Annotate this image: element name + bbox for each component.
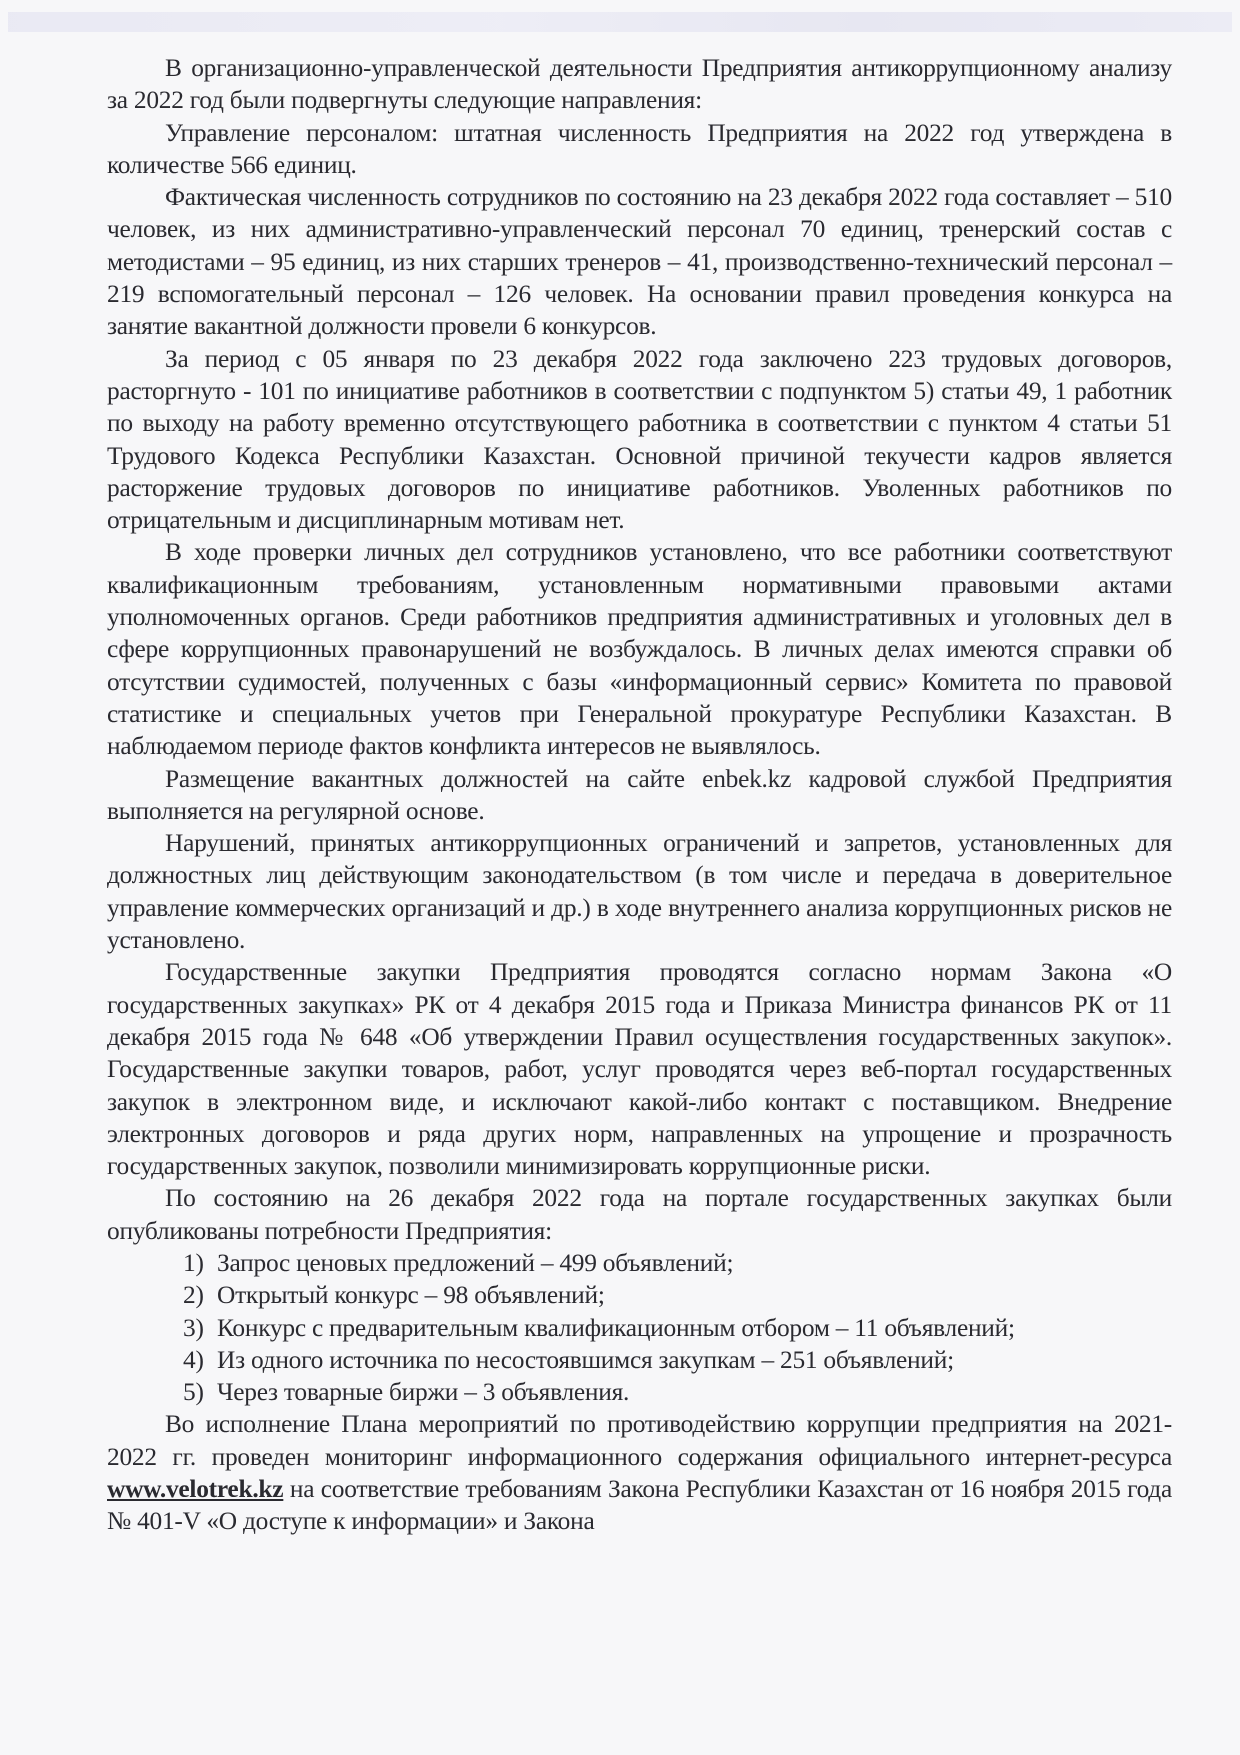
list-item-number: 4) [183, 1344, 217, 1376]
paragraph-staffing: Управление персоналом: штатная численнос… [107, 117, 1172, 182]
paragraph-intro: В организационно-управленческой деятельн… [107, 52, 1172, 117]
paragraph-personnel-files: В ходе проверки личных дел сотрудников у… [107, 536, 1172, 762]
paragraph-procurement: Государственные закупки Предприятия пров… [107, 956, 1172, 1182]
list-item: 2)Открытый конкурс – 98 объявлений; [107, 1279, 1172, 1311]
list-item-number: 2) [183, 1279, 217, 1311]
list-item-number: 1) [183, 1247, 217, 1279]
paragraph-contracts: За период с 05 января по 23 декабря 2022… [107, 343, 1172, 537]
procurement-list: 1)Запрос ценовых предложений – 499 объяв… [107, 1247, 1172, 1408]
list-item-number: 3) [183, 1312, 217, 1344]
paragraph-website-monitoring: Во исполнение Плана мероприятий по проти… [107, 1408, 1172, 1537]
scan-artifact-band [8, 12, 1232, 32]
list-item-text: Из одного источника по несостоявшимся за… [217, 1346, 954, 1374]
list-item: 5)Через товарные биржи – 3 объявления. [107, 1376, 1172, 1408]
paragraph-portal-status: По состоянию на 26 декабря 2022 года на … [107, 1182, 1172, 1247]
text-before-link: Во исполнение Плана мероприятий по проти… [107, 1410, 1172, 1470]
list-item-number: 5) [183, 1376, 217, 1408]
paragraph-actual-headcount: Фактическая численность сотрудников по с… [107, 181, 1172, 342]
list-item-text: Конкурс с предварительным квалификационн… [217, 1314, 1015, 1342]
paragraph-violations: Нарушений, принятых антикоррупционных ог… [107, 827, 1172, 956]
velotrek-website-link[interactable]: www.velotrek.kz [107, 1475, 283, 1503]
list-item: 3)Конкурс с предварительным квалификацио… [107, 1312, 1172, 1344]
list-item: 4)Из одного источника по несостоявшимся … [107, 1344, 1172, 1376]
list-item-text: Открытый конкурс – 98 объявлений; [217, 1281, 605, 1309]
paragraph-vacancies: Размещение вакантных должностей на сайте… [107, 763, 1172, 828]
list-item: 1)Запрос ценовых предложений – 499 объяв… [107, 1247, 1172, 1279]
list-item-text: Запрос ценовых предложений – 499 объявле… [217, 1249, 733, 1277]
document-page: В организационно-управленческой деятельн… [107, 52, 1172, 1538]
list-item-text: Через товарные биржи – 3 объявления. [217, 1378, 629, 1406]
